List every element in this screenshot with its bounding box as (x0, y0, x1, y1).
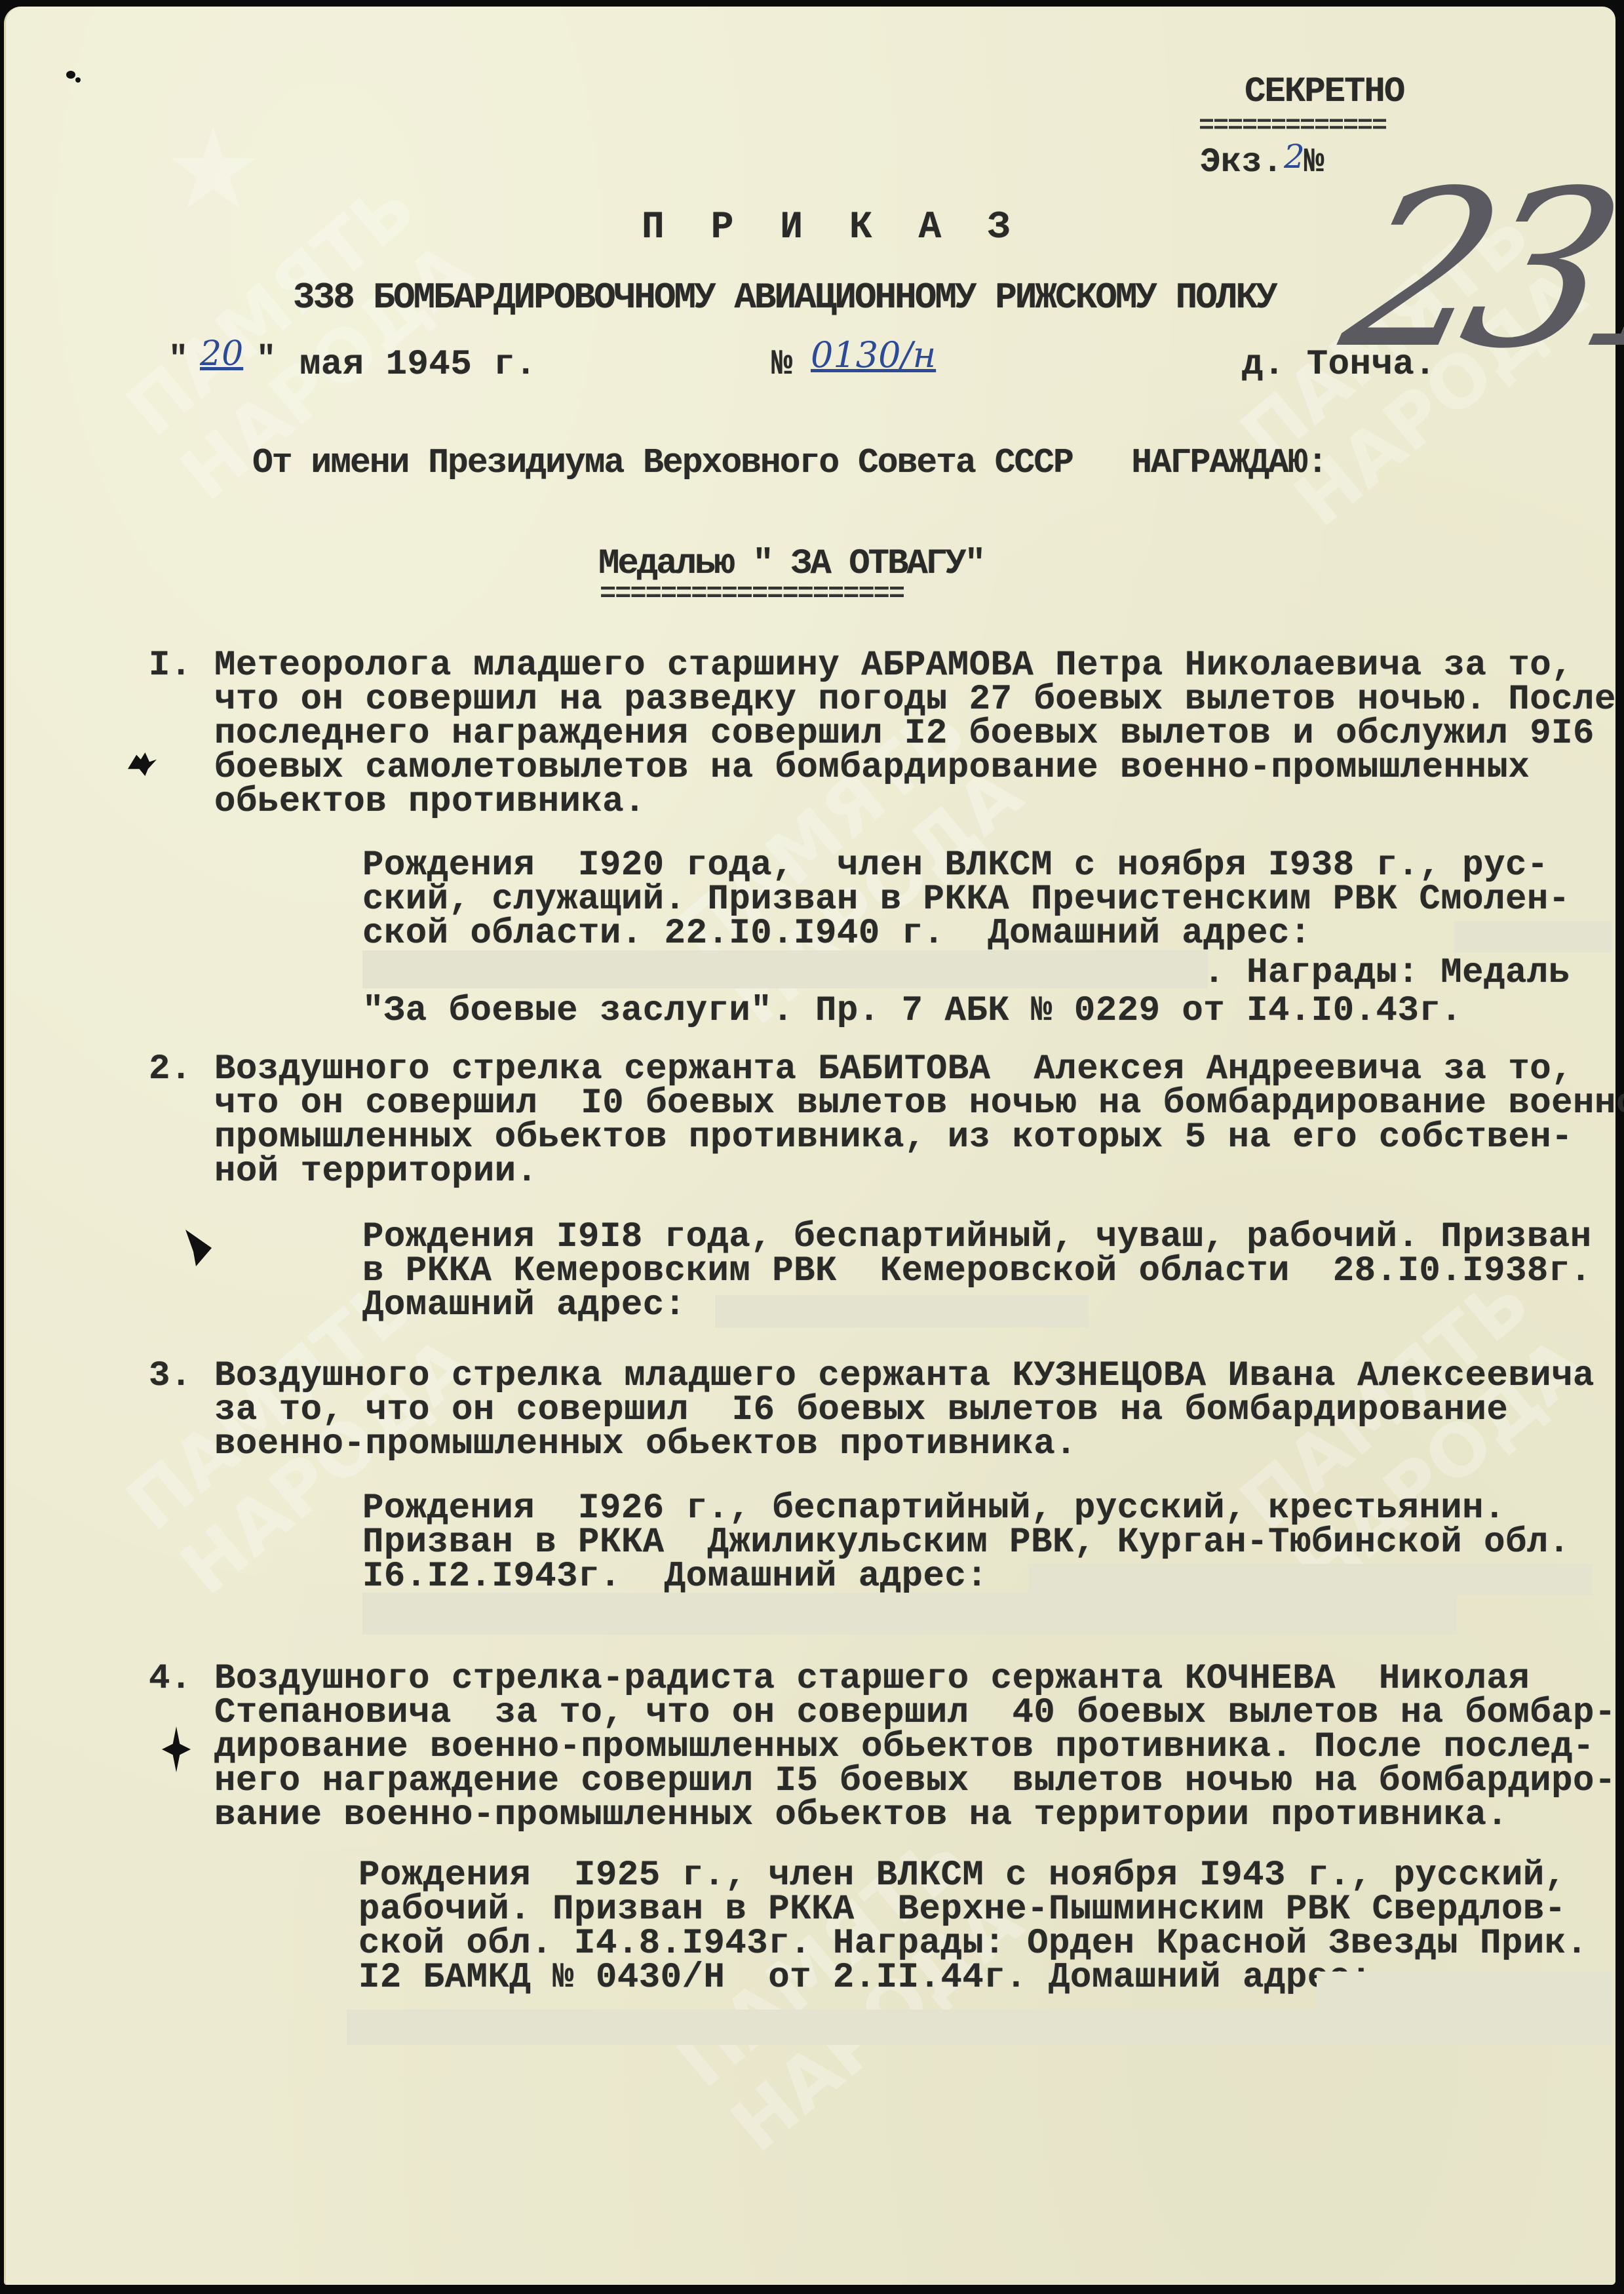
date-open-quote: " (168, 341, 189, 378)
punch-hole (185, 1230, 212, 1266)
redacted-address (362, 1593, 1457, 1635)
award-title-underline: ==================== (600, 578, 904, 610)
redacted-address (1317, 1972, 1612, 2010)
order-number: 0130/н (811, 334, 936, 376)
preamble: От имени Президиума Верховного Совета СС… (252, 443, 1326, 482)
entry-citation: Воздушного стрелка младшего сержанта КУЗ… (214, 1359, 1595, 1462)
copy-number-label: Экз. № (1200, 143, 1324, 182)
ink-spot (75, 77, 81, 83)
order-number-label: № (771, 345, 793, 385)
entry-number: 3. (149, 1359, 192, 1393)
star-watermark-icon: ★ (163, 105, 263, 235)
ink-spot (66, 71, 75, 79)
order-place: д. Тонча. (1242, 345, 1436, 385)
classification-underline: ============= (1199, 111, 1386, 141)
copy-number: 2 (1284, 138, 1305, 176)
date-day: 20 (200, 334, 243, 374)
entry-citation: Воздушного стрелка-радиста старшего серж… (214, 1662, 1616, 1833)
date-month-year: мая 1945 г. (300, 345, 537, 385)
entry-number: 4. (149, 1662, 192, 1696)
unit-name: 338 БОМБАРДИРОВОЧНОМУ АВИАЦИОННОМУ РИЖСК… (293, 277, 1276, 319)
entry-number: 2. (149, 1053, 192, 1087)
punch-hole (128, 752, 157, 776)
entry-citation: Метеоролога младшего старшину АБРАМОВА П… (214, 649, 1616, 819)
document-page: ПАМЯТЬНАРОДА ПАМЯТЬНАРОДА ПАМЯТЬНАРОДА П… (4, 7, 1615, 2285)
redacted-address (347, 2010, 1612, 2045)
entry-bio: Рождения I920 года, член ВЛКСМ с ноября … (362, 849, 1570, 1019)
redacted-address (1454, 921, 1612, 952)
entry-citation: Воздушного стрелка сержанта БАБИТОВА Але… (214, 1053, 1624, 1189)
date-close-quote: " (256, 341, 277, 378)
document-heading: П Р И К А З (642, 206, 1022, 249)
classification-stamp: СЕКРЕТНО (1245, 72, 1404, 112)
entry-number: I. (149, 649, 192, 683)
punch-hole (162, 1726, 191, 1772)
redacted-address (362, 950, 1208, 988)
redacted-address (715, 1295, 1089, 1328)
redacted-address (1028, 1564, 1592, 1595)
